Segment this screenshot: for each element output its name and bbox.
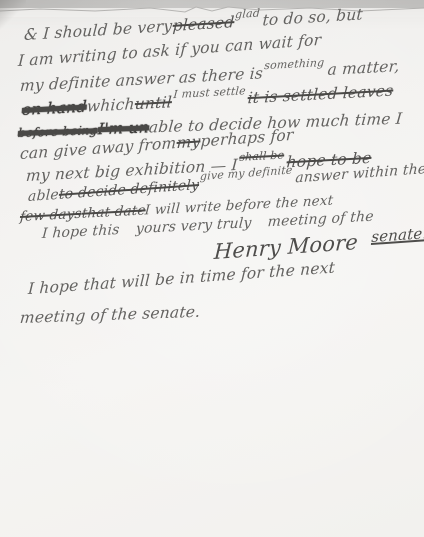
deleted-text: few days — [19, 206, 82, 225]
senate-note: senate. — [371, 224, 424, 246]
deleted-text: that date — [81, 202, 146, 221]
handwritten-text: a matter, — [326, 57, 399, 79]
handwritten-text: & I should be very — [23, 17, 172, 44]
handwritten-text: yours very truly — [135, 215, 252, 237]
postscript-line-2: meeting of the senate. — [20, 303, 201, 327]
inserted-text: I must settle — [173, 84, 246, 101]
handwritten-text: I hope that will be in time for the next — [28, 258, 336, 298]
deleted-text: my — [176, 132, 201, 152]
postscript-line-1: I hope that will be in time for the next — [27, 259, 335, 298]
deleted-text: pleased — [172, 13, 235, 35]
handwritten-text: which — [86, 95, 135, 116]
inserted-text: glad — [235, 6, 261, 21]
handwritten-text: able — [28, 187, 60, 205]
signature: Henry Moore — [213, 230, 358, 264]
inserted-text: something — [264, 56, 325, 72]
manuscript: & I should be very pleasedglad to do so,… — [18, 12, 416, 332]
deleted-text: on hand — [21, 98, 87, 119]
deleted-text: it is settled leaves — [247, 81, 394, 107]
deleted-text: I'm un — [97, 118, 150, 138]
deleted-text: shall be — [239, 148, 285, 163]
scanned-document: & I should be very pleasedglad to do so,… — [0, 0, 424, 537]
handwritten-text: meeting of the senate. — [19, 303, 201, 327]
handwritten-text: I hope this — [41, 222, 120, 242]
deleted-text: before being — [17, 123, 98, 140]
deleted-text: until — [134, 93, 172, 113]
handwritten-text: meeting of the — [267, 209, 374, 231]
